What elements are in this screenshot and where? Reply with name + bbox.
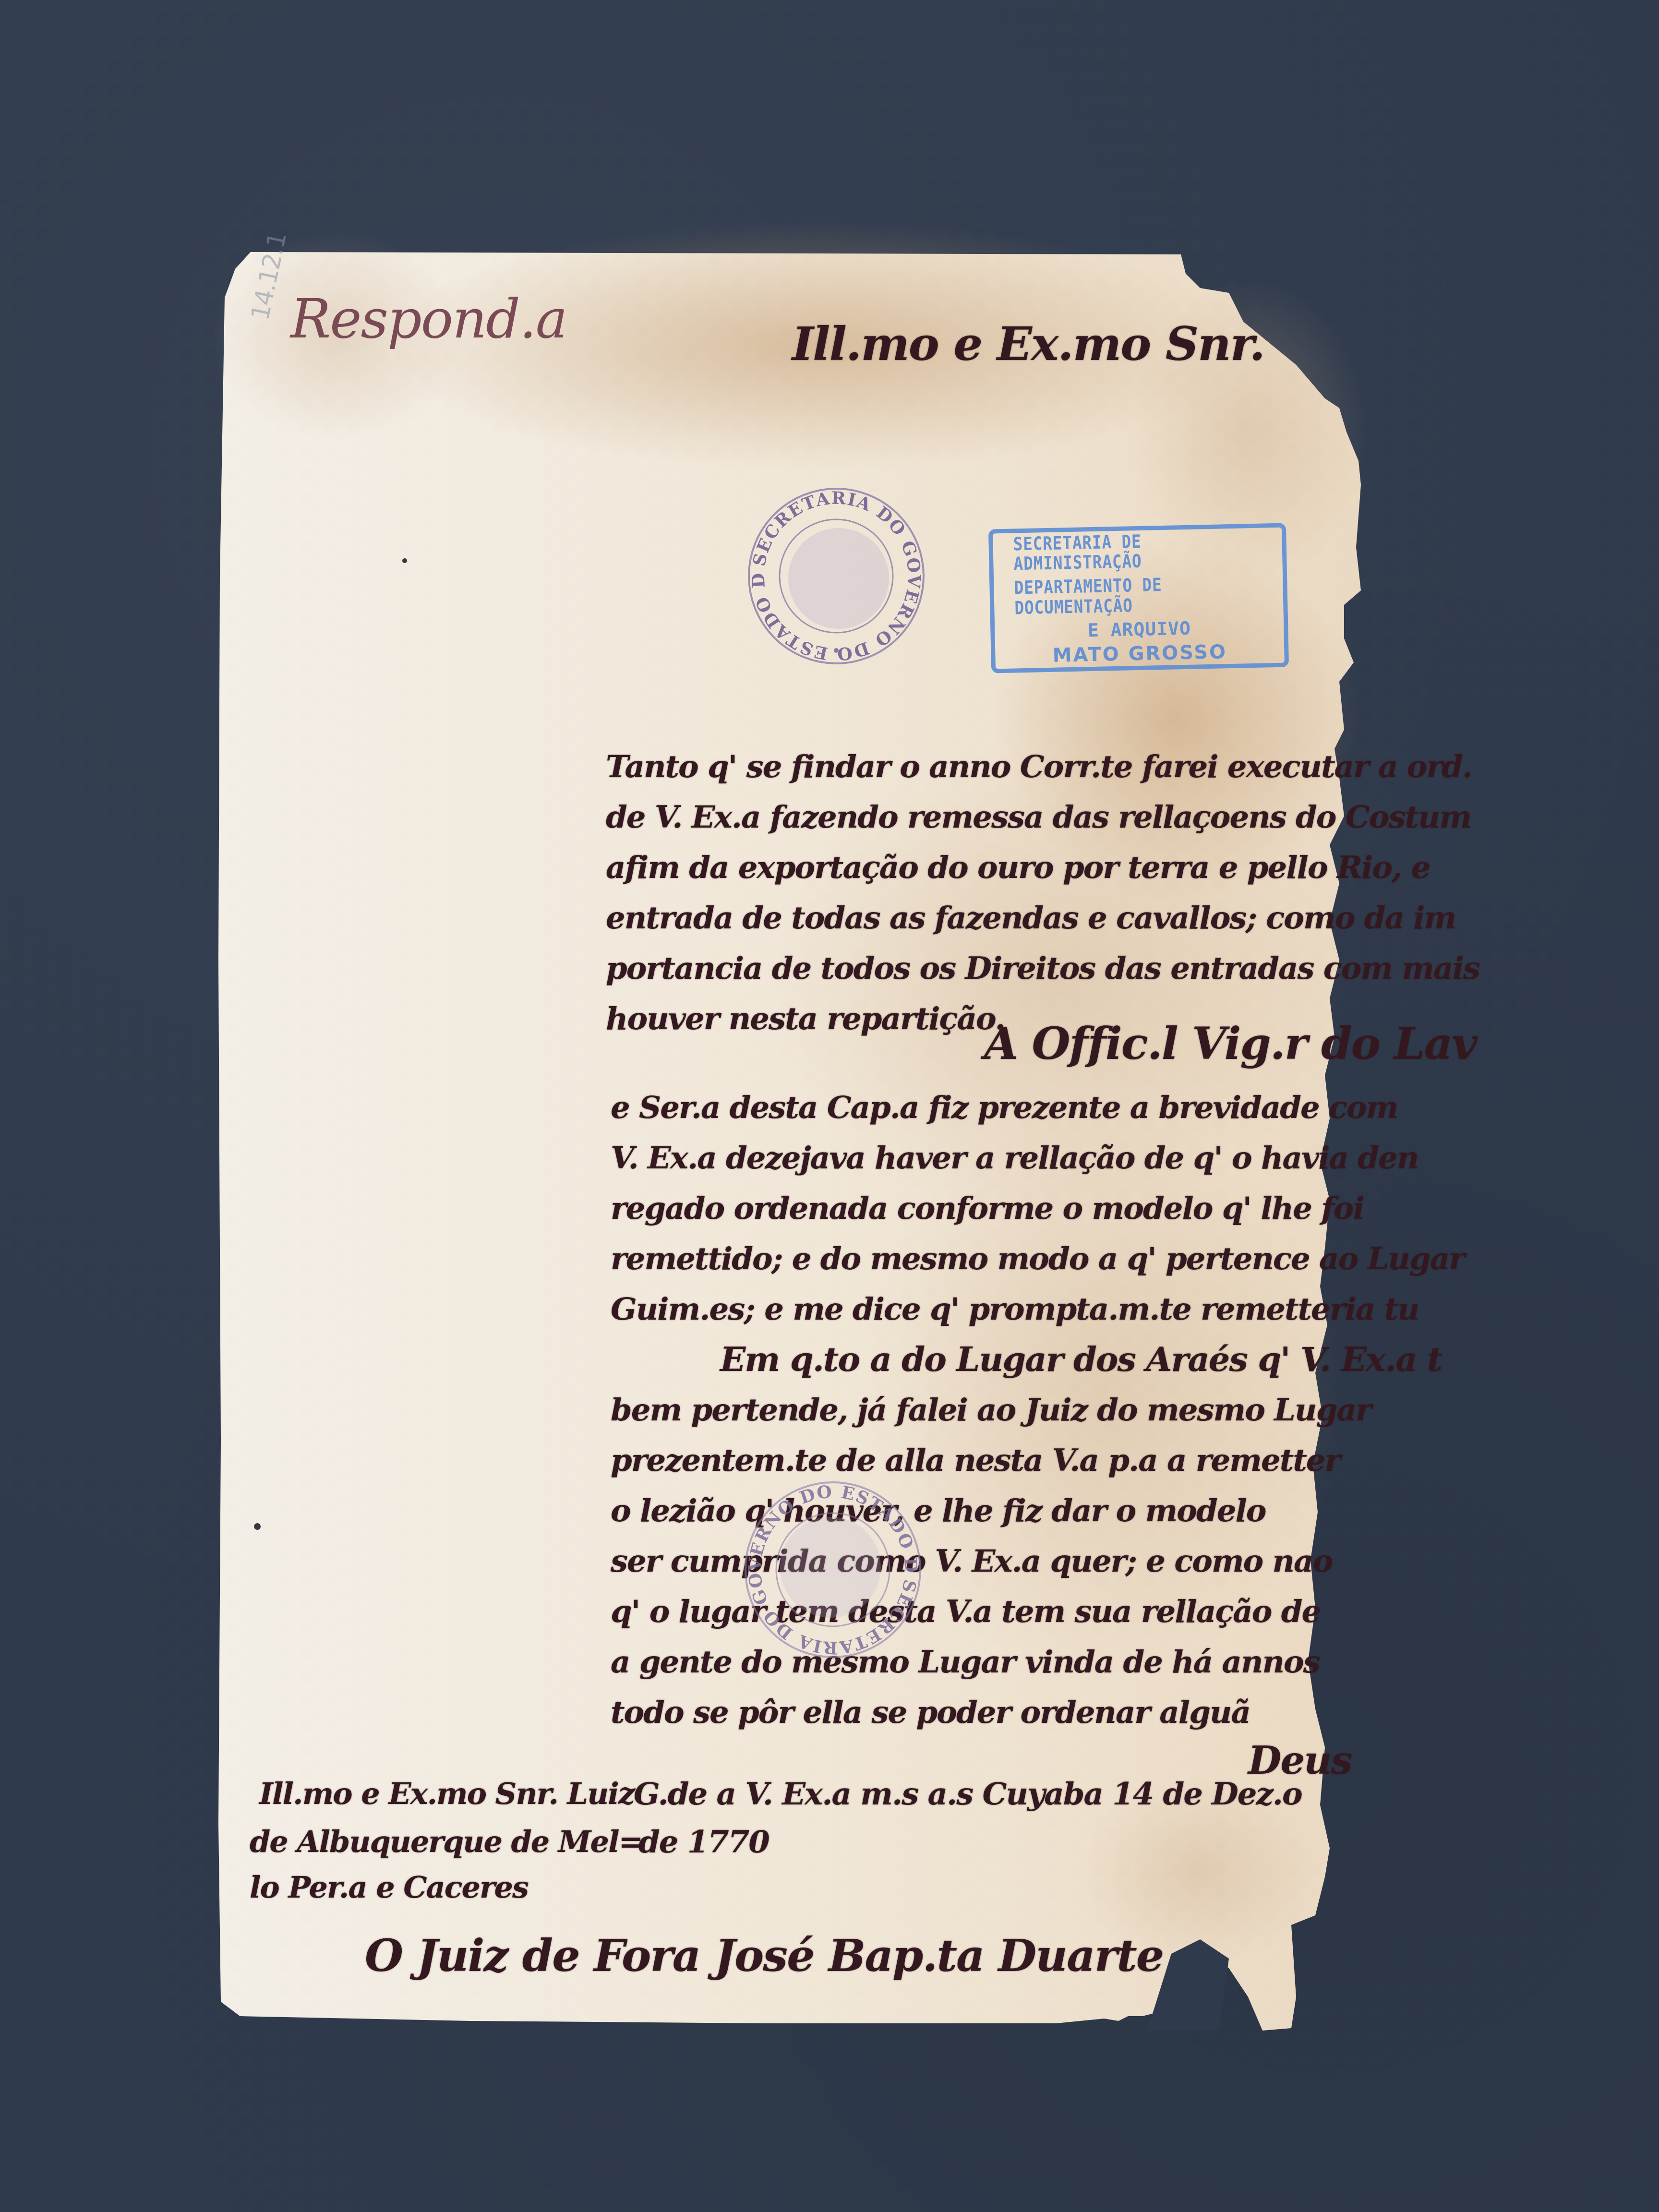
body-line: q' o lugar tem desta V.a tem sua rellaçã… [611,1594,1320,1630]
seal-icon: SECRETARIA DO GOVERNO DO ESTADO DE MATTO… [742,1479,924,1661]
government-seal-stamp: SECRETARIA DO GOVERNO DO ESTADO DE MATTO… [745,485,927,667]
body-line: o lezião q' houver, e lhe fiz dar o mode… [611,1493,1265,1529]
body-line: remettido; e do mesmo modo a q' pertence… [611,1241,1464,1277]
body-line: Em q.to a do Lugar dos Araés q' V. Ex.a … [720,1339,1442,1379]
body-line: e Ser.a desta Cap.a fiz prezente a brevi… [611,1090,1397,1126]
body-line: A Offic.l Vig.r do Lav [984,1018,1477,1070]
body-line: houver nesta repartição. [606,1001,1005,1037]
respond-annotation: Respond.a [290,288,566,350]
signature: O Juiz de Fora José Bap.ta Duarte [365,1930,1163,1982]
body-line: a gente do mesmo Lugar vinda de há annos [611,1644,1320,1680]
body-line: Tanto q' se findar o anno Corr.te farei … [606,749,1472,785]
government-seal-stamp-2: SECRETARIA DO GOVERNO DO ESTADO DE MATTO… [742,1479,924,1661]
stamp-line-mato-grosso: MATO GROSSO [1052,642,1227,667]
salutation: Ill.mo e Ex.mo Snr. [792,317,1264,371]
closing-year: de 1770 [638,1824,769,1860]
manuscript-letter: 14.12.1 Respond.a Ill.mo e Ex.mo Snr. SE… [0,0,1659,2212]
body-line: todo se pôr ella se poder ordenar alguã [611,1695,1250,1731]
body-line: prezentem.te de alla nesta V.a p.a a rem… [611,1443,1340,1479]
stamp-line-departamento: DEPARTAMENTO DE DOCUMENTAÇÃO [1014,573,1263,618]
body-line: regado ordenada conforme o modelo q' lhe… [611,1190,1364,1226]
addressee-line: Ill.mo e Ex.mo Snr. Luiz [259,1776,634,1811]
body-line: entrada de todas as fazendas e cavallos;… [606,900,1455,936]
body-line: portancia de todos os Direitos das entra… [606,950,1479,986]
body-line: bem pertende, já falei ao Juiz do mesmo … [611,1392,1371,1428]
stamp-line-arquivo: E ARQUIVO [1088,618,1191,640]
body-line: de V. Ex.a fazendo remessa das rellaçoen… [606,799,1471,835]
seal-icon: SECRETARIA DO GOVERNO DO ESTADO DE MATTO… [745,485,927,667]
body-line: ser cumprida como V. Ex.a quer; e como n… [611,1543,1332,1579]
closing-date-line: G.de a V. Ex.a m.s a.s Cuyaba 14 de Dez.… [634,1776,1302,1812]
body-line: Guim.es; e me dice q' prompta.m.te remet… [611,1291,1419,1327]
body-line: afim da exportação do ouro por terra e p… [606,850,1430,886]
body-line: V. Ex.a dezejava haver a rellação de q' … [611,1140,1418,1176]
stamp-line-secretaria: SECRETARIA DE ADMINISTRAÇÃO [1013,529,1262,574]
addressee-line: lo Per.a e Caceres [250,1870,528,1905]
archive-stamp: SECRETARIA DE ADMINISTRAÇÃO DEPARTAMENTO… [988,523,1289,673]
addressee-line: de Albuquerque de Mel= [250,1824,642,1859]
